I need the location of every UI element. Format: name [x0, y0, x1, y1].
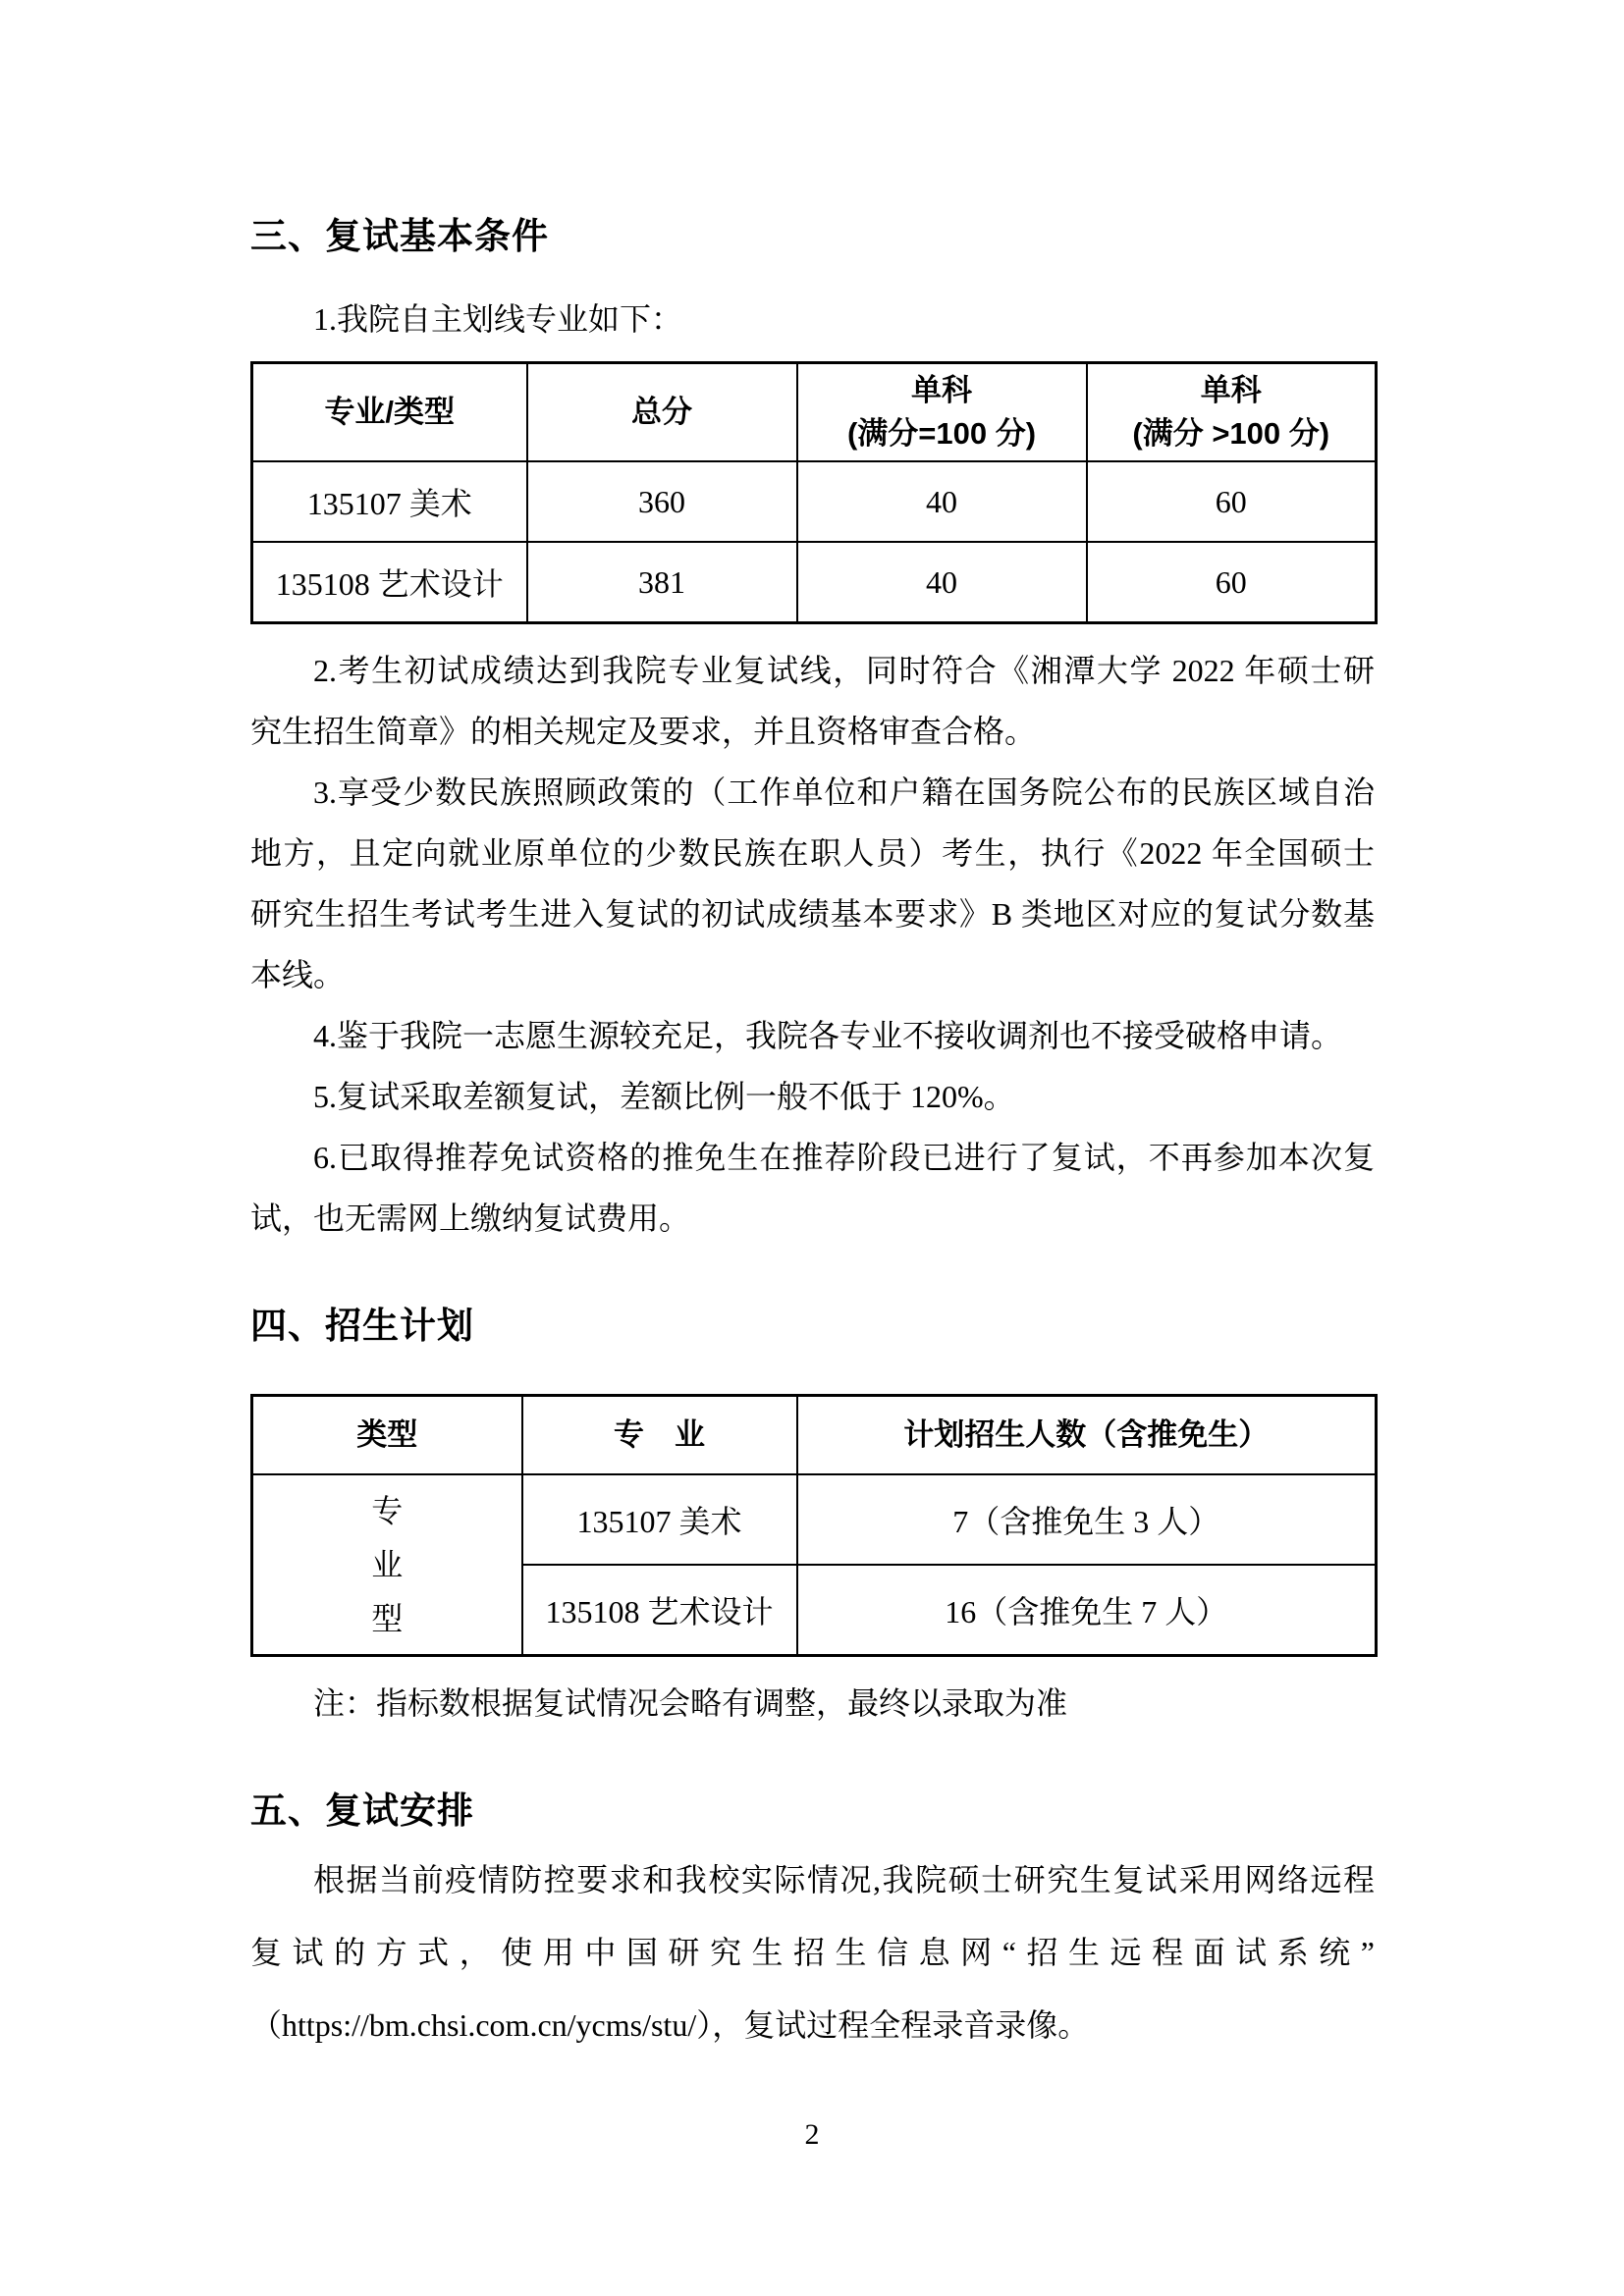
- score-table-row: 135107 美术 360 40 60: [252, 461, 1377, 542]
- score-table-header-total: 总分: [527, 363, 797, 462]
- text-line: 4.鉴于我院一志愿生源较充足，我院各专业不接收调剂也不接受破格申请。: [250, 1005, 1375, 1066]
- plan-table-note: 注：指标数根据复试情况会略有调整，最终以录取为准: [250, 1681, 1375, 1726]
- paragraph-5: 5.复试采取差额复试，差额比例一般不低于 120%。: [250, 1066, 1375, 1127]
- plan-table-header-type: 类型: [252, 1396, 522, 1475]
- text-line: 5.复试采取差额复试，差额比例一般不低于 120%。: [250, 1066, 1375, 1127]
- plan-table-type-cell: 专 业 型: [252, 1474, 522, 1656]
- table-cell: 135107 美术: [252, 461, 527, 542]
- section-4-heading: 四、招生计划: [250, 1296, 1375, 1349]
- table-cell: 60: [1087, 542, 1377, 623]
- section-3-body: 2.考生初试成绩达到我院专业复试线，同时符合《湘潭大学 2022 年硕士研究生招…: [250, 640, 1375, 1249]
- text-line: 试，也无需网上缴纳复试费用。: [250, 1188, 1375, 1249]
- score-table-header-major-type: 专业/类型: [252, 363, 527, 462]
- paragraph-6: 6.已取得推荐免试资格的推免生在推荐阶段已进行了复试，不再参加本次复试，也无需网…: [250, 1127, 1375, 1249]
- plan-table-header-row: 类型 专 业 计划招生人数（含推免生）: [252, 1396, 1377, 1475]
- table-cell: 135107 美术: [522, 1474, 797, 1565]
- table-cell: 16（含推免生 7 人）: [797, 1565, 1377, 1656]
- score-table-header-single-over-100: 单科 (满分 >100 分): [1087, 363, 1377, 462]
- page-content: 三、复试基本条件 1.我院自主划线专业如下： 专业/类型 总分 单科 (满分=1…: [250, 0, 1375, 2061]
- paragraph-2: 2.考生初试成绩达到我院专业复试线，同时符合《湘潭大学 2022 年硕士研究生招…: [250, 640, 1375, 762]
- score-line-table: 专业/类型 总分 单科 (满分=100 分) 单科 (满分 >100 分) 13…: [250, 361, 1378, 624]
- text-line: 研究生招生考试考生进入复试的初试成绩基本要求》B 类地区对应的复试分数基: [250, 883, 1375, 944]
- paragraph-3: 3.享受少数民族照顾政策的（工作单位和户籍在国务院公布的民族区域自治地方，且定向…: [250, 762, 1375, 1005]
- text-line: 本线。: [250, 944, 1375, 1005]
- text-line: 2.考生初试成绩达到我院专业复试线，同时符合《湘潭大学 2022 年硕士研: [250, 640, 1375, 701]
- document-page: 三、复试基本条件 1.我院自主划线专业如下： 专业/类型 总分 单科 (满分=1…: [0, 0, 1624, 2296]
- table-cell: 360: [527, 461, 797, 542]
- text-line: 3.享受少数民族照顾政策的（工作单位和户籍在国务院公布的民族区域自治: [250, 762, 1375, 823]
- plan-table-row: 专 业 型 135107 美术 7（含推免生 3 人）: [252, 1474, 1377, 1565]
- text-line: 6.已取得推荐免试资格的推免生在推荐阶段已进行了复试，不再参加本次复: [250, 1127, 1375, 1188]
- table-cell: 7（含推免生 3 人）: [797, 1474, 1377, 1565]
- section-5-paragraph: 根据当前疫情防控要求和我校实际情况,我院硕士研究生复试采用网络远程复试的方式，使…: [250, 1843, 1375, 2061]
- plan-table-header-major: 专 业: [522, 1396, 797, 1475]
- table-cell: 60: [1087, 461, 1377, 542]
- enrollment-plan-table: 类型 专 业 计划招生人数（含推免生） 专 业 型 135107 美术 7（含推…: [250, 1394, 1378, 1657]
- paragraph-4: 4.鉴于我院一志愿生源较充足，我院各专业不接收调剂也不接受破格申请。: [250, 1005, 1375, 1066]
- plan-table-header-count: 计划招生人数（含推免生）: [797, 1396, 1377, 1475]
- section-5-heading: 五、复试安排: [250, 1781, 1375, 1834]
- section-3-heading: 三、复试基本条件: [250, 206, 1375, 259]
- text-line: 究生招生简章》的相关规定及要求，并且资格审查合格。: [250, 701, 1375, 762]
- score-table-row: 135108 艺术设计 381 40 60: [252, 542, 1377, 623]
- text-line: 地方，且定向就业原单位的少数民族在职人员）考生，执行《2022 年全国硕士: [250, 823, 1375, 883]
- text-line: （https://bm.chsi.com.cn/ycms/stu/），复试过程全…: [250, 1989, 1375, 2061]
- table-cell: 40: [797, 461, 1087, 542]
- score-table-header-single-100: 单科 (满分=100 分): [797, 363, 1087, 462]
- text-line: 根据当前疫情防控要求和我校实际情况,我院硕士研究生复试采用网络远程: [250, 1843, 1375, 1916]
- section-3-intro: 1.我院自主划线专业如下：: [250, 296, 1375, 342]
- table-cell: 135108 艺术设计: [252, 542, 527, 623]
- table-cell: 40: [797, 542, 1087, 623]
- page-number: 2: [0, 2118, 1624, 2152]
- table-cell: 135108 艺术设计: [522, 1565, 797, 1656]
- text-line: 复试的方式，使用中国研究生招生信息网“招生远程面试系统”: [250, 1916, 1375, 1989]
- score-table-header-row: 专业/类型 总分 单科 (满分=100 分) 单科 (满分 >100 分): [252, 363, 1377, 462]
- table-cell: 381: [527, 542, 797, 623]
